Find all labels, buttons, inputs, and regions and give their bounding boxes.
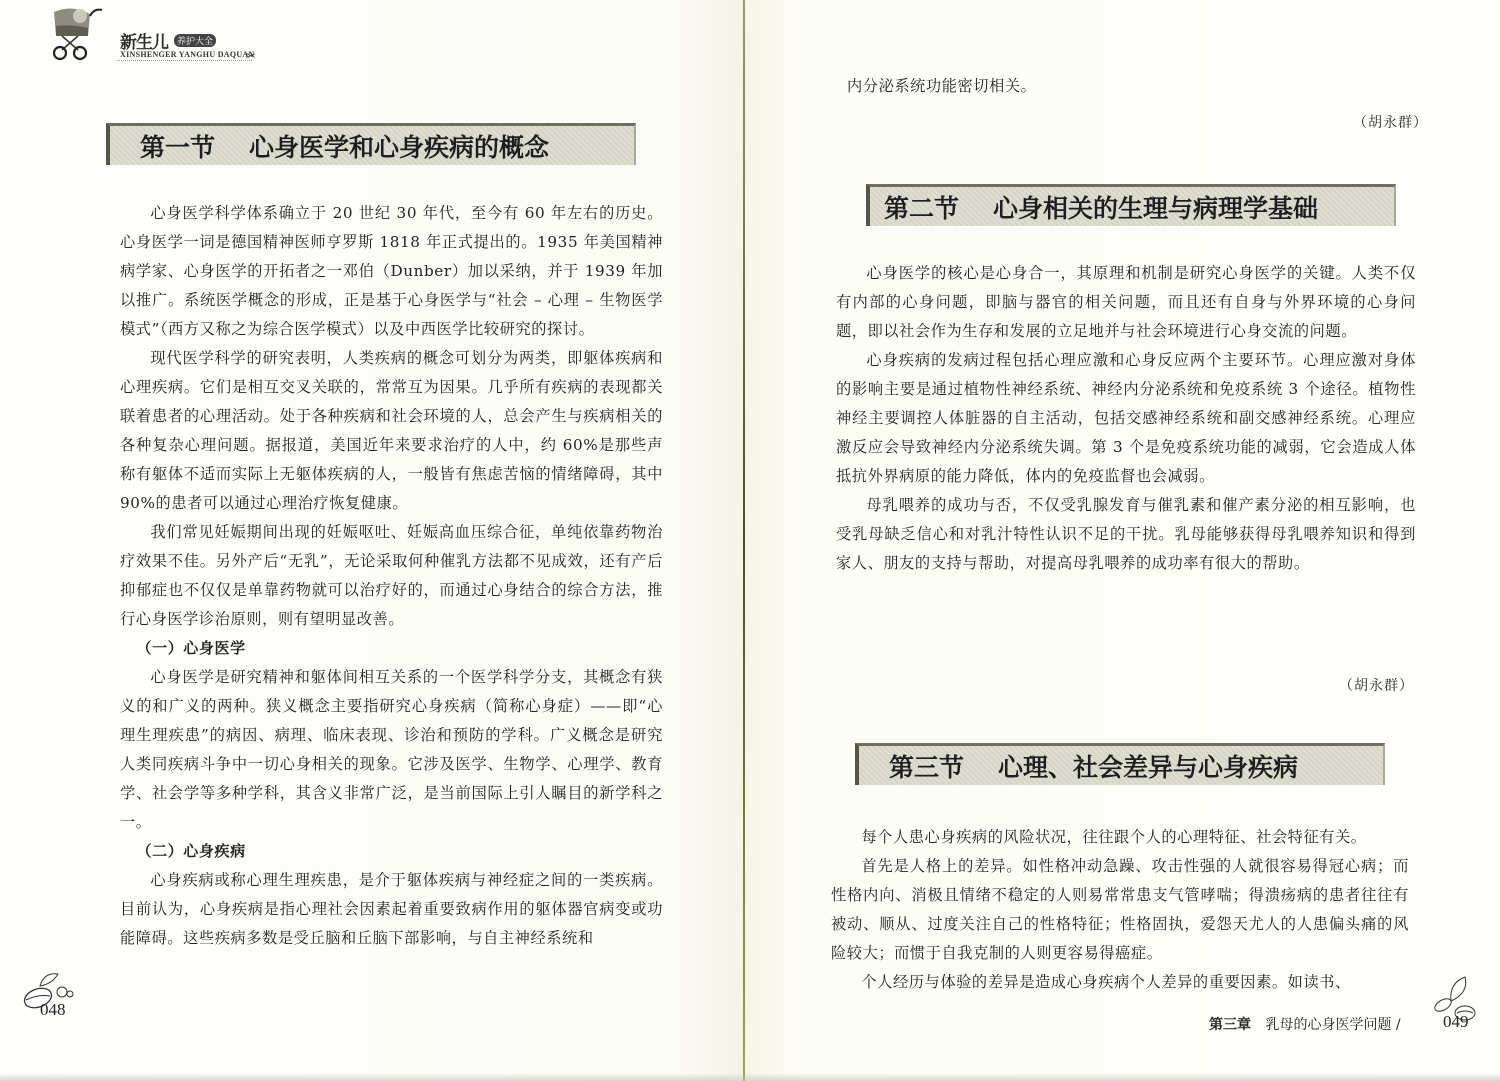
- baby-stroller-icon: [42, 6, 112, 62]
- paragraph: 心身疾病的发病过程包括心理应激和心身反应两个主要环节。心理应激对身体的影响主要是…: [836, 346, 1416, 491]
- section-title: 心理、社会差异与心身疾病: [998, 748, 1298, 784]
- subsection-heading: （一）心身医学: [120, 634, 663, 663]
- page-number-left: 048: [40, 1000, 66, 1020]
- paragraph: 我们常见妊娠期间出现的妊娠呕吐、妊娠高血压综合征，单纯依靠药物治疗效果不佳。另外…: [120, 518, 663, 634]
- logo-subtitle: 养护大全: [174, 34, 216, 47]
- paragraph: 心身医学的核心是心身合一，其原理和机制是研究心身医学的关键。人类不仅有内部的心身…: [836, 259, 1416, 346]
- section-title: 心身相关的生理与病理学基础: [993, 189, 1318, 225]
- paragraph: 每个人患心身疾病的风险状况，往往跟个人的心理特征、社会特征有关。: [831, 823, 1409, 852]
- section-number: 第一节: [140, 128, 215, 164]
- paragraph: 母乳喂养的成功与否，不仅受乳腺发育与催乳素和催产素分泌的相互影响，也受乳母缺乏信…: [836, 491, 1416, 578]
- paragraph: 心身医学是研究精神和躯体间相互关系的一个医学科学分支，其概念有狭义的和广义的两种…: [120, 663, 663, 837]
- paragraph: 心身医学科学体系确立于 20 世纪 30 年代，至今有 60 年左右的历史。心身…: [120, 199, 663, 344]
- paragraph: 首先是人格上的差异。如性格冲动急躁、攻击性强的人就很容易得冠心病；而性格内向、消…: [831, 852, 1409, 968]
- section-3-body: 每个人患心身疾病的风险状况，往往跟个人的心理特征、社会特征有关。 首先是人格上的…: [831, 823, 1409, 997]
- continuation-text: 内分泌系统功能密切相关。: [847, 72, 1427, 101]
- chapter-title: 乳母的心身医学问题 /: [1265, 1017, 1400, 1033]
- section-2-body: 心身医学的核心是心身合一，其原理和机制是研究心身医学的关键。人类不仅有内部的心身…: [836, 259, 1416, 578]
- right-page: 内分泌系统功能密切相关。 （胡永群） 第二节 心身相关的生理与病理学基础 心身医…: [745, 0, 1500, 1081]
- author-credit: （胡永群）: [1339, 675, 1414, 695]
- section-number: 第二节: [884, 189, 959, 225]
- logo-pinyin: XINSHENGER YANGHU DAQUAN: [120, 50, 255, 59]
- section-heading-1: 第一节 心身医学和心身疾病的概念: [106, 123, 636, 165]
- subsection-heading: （二）心身疾病: [120, 837, 663, 866]
- scissors-icon: ✂: [246, 49, 256, 63]
- paragraph: 内分泌系统功能密切相关。: [847, 72, 1427, 101]
- page-bottom-shadow: [0, 1073, 1500, 1081]
- dotted-divider: [117, 60, 252, 61]
- book-logo: 新生儿 养护大全 XINSHENGER YANGHU DAQUAN ✂: [32, 4, 232, 64]
- section-number: 第三节: [889, 748, 964, 784]
- paragraph: 心身疾病或称心理生理疾患，是介于躯体疾病与神经症之间的一类疾病。目前认为，心身疾…: [120, 866, 663, 953]
- paragraph: 现代医学科学的研究表明，人类疾病的概念可划分为两类，即躯体疾病和心理疾病。它们是…: [120, 344, 663, 518]
- left-body-text: 心身医学科学体系确立于 20 世纪 30 年代，至今有 60 年左右的历史。心身…: [120, 199, 663, 953]
- section-heading-3: 第三节 心理、社会差异与心身疾病: [855, 743, 1385, 785]
- left-page: 新生儿 养护大全 XINSHENGER YANGHU DAQUAN ✂ 第一节 …: [0, 0, 745, 1081]
- running-footer: 第三章 乳母的心身医学问题 /: [1209, 1014, 1401, 1034]
- author-credit: （胡永群）: [1353, 112, 1428, 132]
- chapter-number: 第三章: [1209, 1017, 1251, 1033]
- paragraph: 个人经历与体验的差异是造成心身疾病个人差异的重要因素。如读书、: [831, 968, 1409, 997]
- coffee-bean-decoration-icon: [1431, 975, 1491, 1025]
- section-heading-2: 第二节 心身相关的生理与病理学基础: [866, 184, 1396, 226]
- section-title: 心身医学和心身疾病的概念: [249, 128, 549, 164]
